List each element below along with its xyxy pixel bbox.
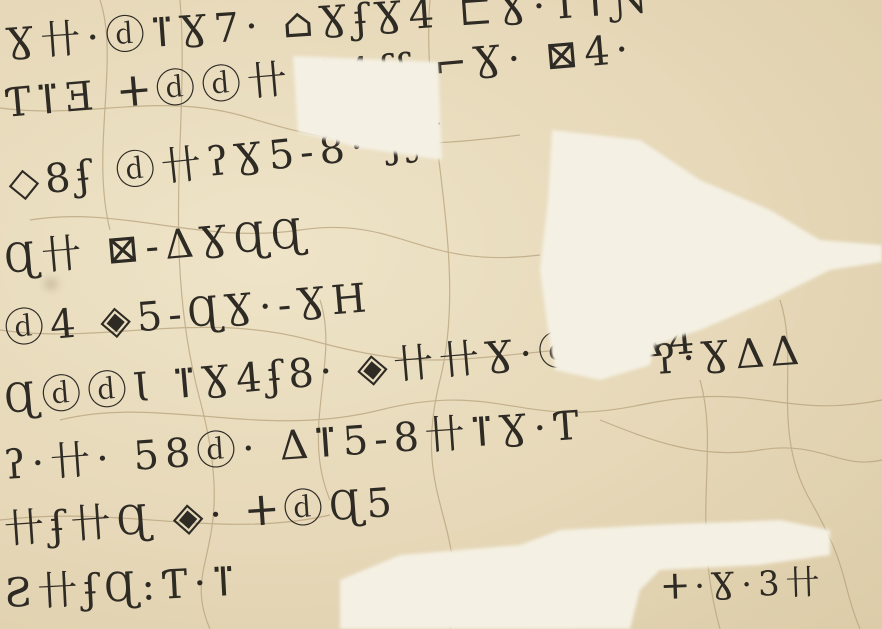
- manuscript-photo: Ɣ卄·ⓓⴶƔ7· ⌂ƔʄƔ4 ⊏Ɣ·ƬⴶƝ ƬⴶƎ ⵜⓓⓓ卄 Δ4ʄʃ ⌐Ɣ· …: [0, 0, 882, 629]
- upper-rectangular-hole: [293, 56, 442, 160]
- paper-holes: [0, 0, 882, 629]
- central-large-hole: [540, 130, 882, 380]
- bottom-hole: [340, 520, 830, 629]
